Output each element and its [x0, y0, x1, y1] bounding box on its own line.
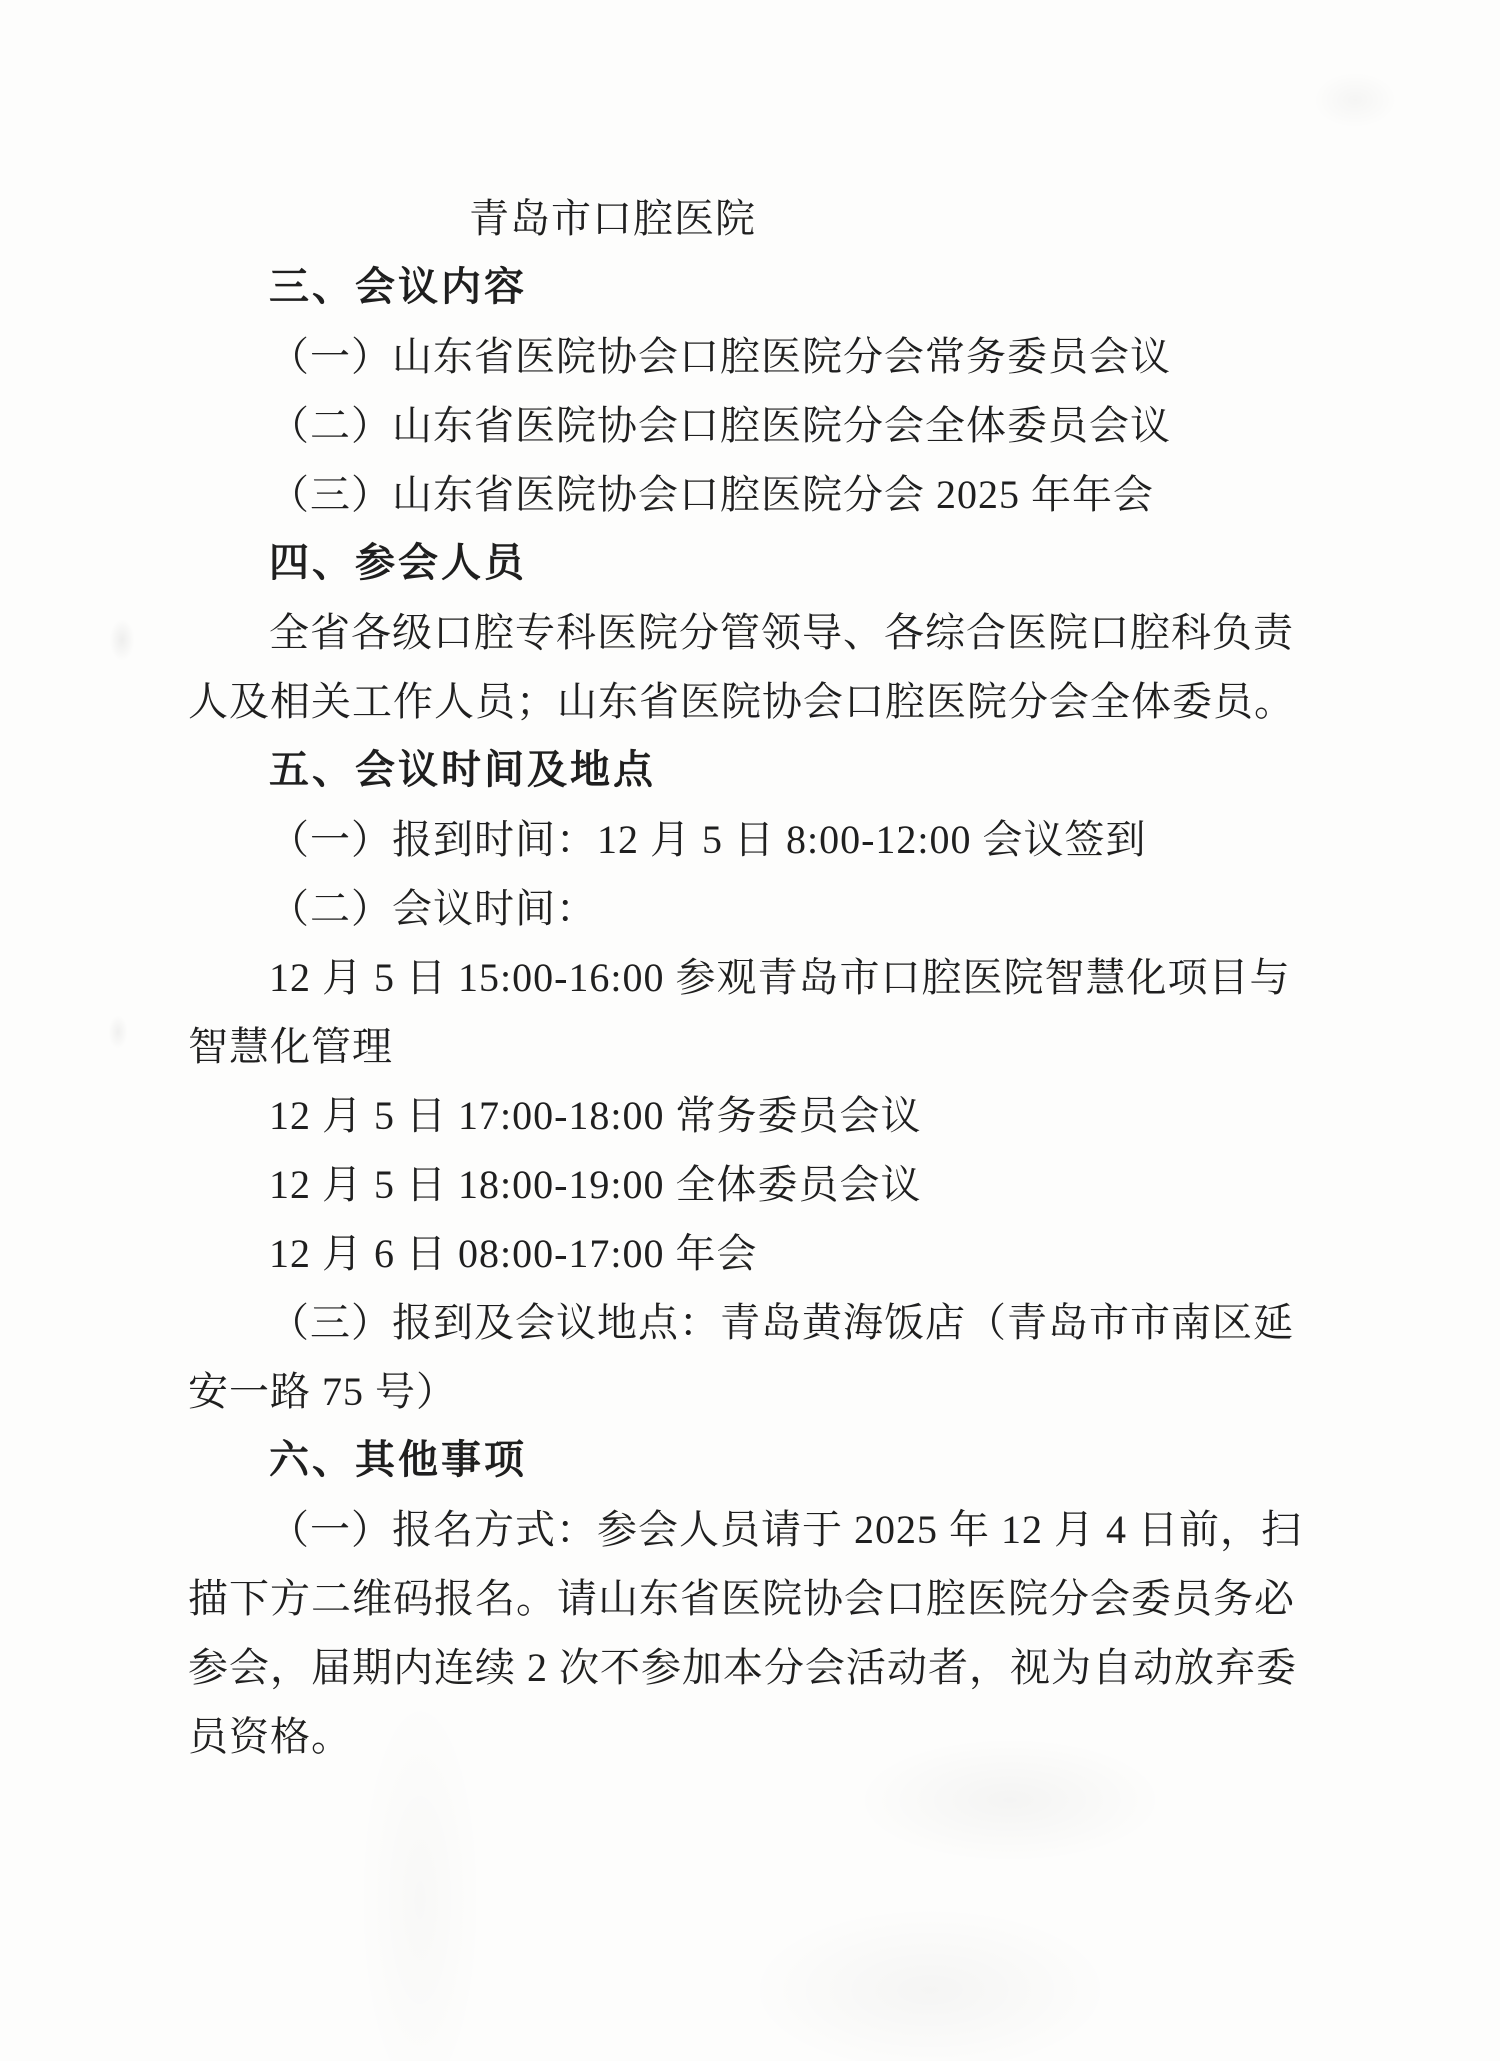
location-line-1: （三）报到及会议地点：青岛黄海饭店（青岛市市南区延	[188, 1288, 1302, 1357]
registration-line-1: （一）报名方式：参会人员请于 2025 年 12 月 4 日前，扫	[188, 1495, 1302, 1564]
section-3-heading: 三、会议内容	[188, 253, 1302, 322]
checkin-time-line: （一）报到时间：12 月 5 日 8:00-12:00 会议签到	[188, 805, 1302, 874]
schedule-visit-line-2: 智慧化管理	[188, 1012, 1302, 1081]
schedule-standing-committee-line: 12 月 5 日 17:00-18:00 常务委员会议	[188, 1081, 1302, 1150]
section-5-heading: 五、会议时间及地点	[188, 736, 1302, 805]
section-3-item-2: （二）山东省医院协会口腔医院分会全体委员会议	[188, 391, 1302, 460]
scanned-document-page: 青岛市口腔医院 三、会议内容 （一）山东省医院协会口腔医院分会常务委员会议 （二…	[0, 0, 1500, 2061]
organizer-name-line: 青岛市口腔医院	[188, 184, 1302, 253]
registration-line-3: 参会，届期内连续 2 次不参加本分会活动者，视为自动放弃委	[188, 1633, 1302, 1702]
section-3-item-3: （三）山东省医院协会口腔医院分会 2025 年年会	[188, 460, 1302, 529]
location-line-2: 安一路 75 号）	[188, 1357, 1302, 1426]
meeting-time-label-line: （二）会议时间：	[188, 874, 1302, 943]
registration-line-4: 员资格。	[188, 1702, 1302, 1771]
document-body: 青岛市口腔医院 三、会议内容 （一）山东省医院协会口腔医院分会常务委员会议 （二…	[188, 184, 1302, 1771]
section-6-heading: 六、其他事项	[188, 1426, 1302, 1495]
section-3-item-1: （一）山东省医院协会口腔医院分会常务委员会议	[188, 322, 1302, 391]
registration-line-2: 描下方二维码报名。请山东省医院协会口腔医院分会委员务必	[188, 1564, 1302, 1633]
section-4-heading: 四、参会人员	[188, 529, 1302, 598]
schedule-visit-line-1: 12 月 5 日 15:00-16:00 参观青岛市口腔医院智慧化项目与	[188, 943, 1302, 1012]
attendees-paragraph-line-1: 全省各级口腔专科医院分管领导、各综合医院口腔科负责	[188, 598, 1302, 667]
schedule-annual-meeting-line: 12 月 6 日 08:00-17:00 年会	[188, 1219, 1302, 1288]
schedule-plenary-committee-line: 12 月 5 日 18:00-19:00 全体委员会议	[188, 1150, 1302, 1219]
attendees-paragraph-line-2: 人及相关工作人员；山东省医院协会口腔医院分会全体委员。	[188, 667, 1302, 736]
